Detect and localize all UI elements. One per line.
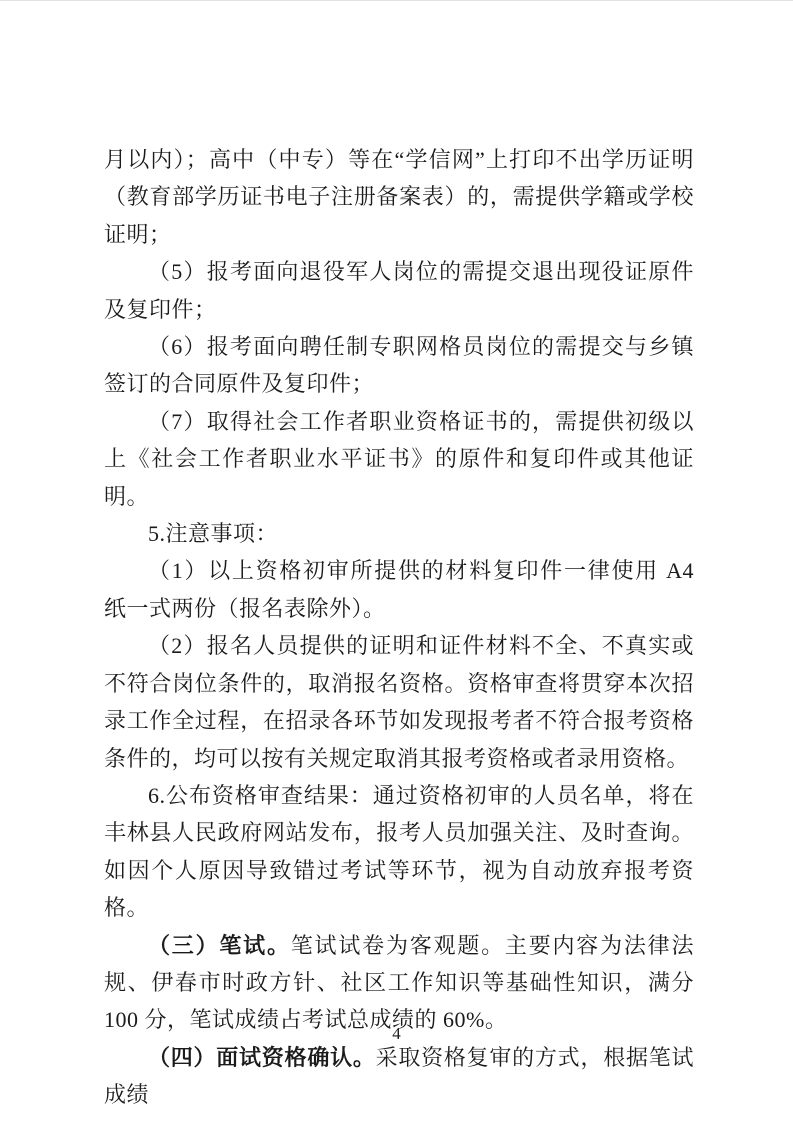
paragraph-text: （5）报考面向退役军人岗位的需提交退出现役证原件及复印件； xyxy=(104,259,694,321)
paragraph-text: 5.注意事项： xyxy=(148,521,278,546)
paragraph-section-heading: 5.注意事项： xyxy=(104,515,694,552)
paragraph: （6）报考面向聘任制专职网格员岗位的需提交与乡镇签订的合同原件及复印件； xyxy=(104,328,694,403)
paragraph: 6.公布资格审查结果：通过资格初审的人员名单，将在丰林县人民政府网站发布，报考人… xyxy=(104,777,694,927)
paragraph-written-test: （三）笔试。笔试试卷为客观题。主要内容为法律法规、伊春市时政方针、社区工作知识等… xyxy=(104,927,694,1039)
paragraph: （7）取得社会工作者职业资格证书的，需提供初级以上《社会工作者职业水平证书》的原… xyxy=(104,403,694,515)
document-body: 月以内）；高中（中专）等在“学信网”上打印不出学历证明（教育部学历证书电子注册备… xyxy=(104,141,694,1114)
paragraph-bold-lead: （四）面试资格确认。 xyxy=(148,1045,376,1070)
paragraph-text: （2）报名人员提供的证明和证件材料不全、不真实或不符合岗位条件的，取消报名资格。… xyxy=(104,633,694,770)
paragraph: （5）报考面向退役军人岗位的需提交退出现役证原件及复印件； xyxy=(104,253,694,328)
document-page: 月以内）；高中（中专）等在“学信网”上打印不出学历证明（教育部学历证书电子注册备… xyxy=(0,0,793,1122)
paragraph-bold-lead: （三）笔试。 xyxy=(148,933,291,958)
paragraph-text: （6）报考面向聘任制专职网格员岗位的需提交与乡镇签订的合同原件及复印件； xyxy=(104,334,694,396)
paragraph-text: （7）取得社会工作者职业资格证书的，需提供初级以上《社会工作者职业水平证书》的原… xyxy=(104,409,694,509)
paragraph: （1）以上资格初审所提供的材料复印件一律使用 A4 纸一式两份（报名表除外）。 xyxy=(104,552,694,627)
paragraph: （2）报名人员提供的证明和证件材料不全、不真实或不符合岗位条件的，取消报名资格。… xyxy=(104,627,694,777)
paragraph-text: 月以内）；高中（中专）等在“学信网”上打印不出学历证明（教育部学历证书电子注册备… xyxy=(104,147,694,247)
paragraph-interview-confirmation: （四）面试资格确认。采取资格复审的方式，根据笔试成绩 xyxy=(104,1039,694,1114)
paragraph-text: 6.公布资格审查结果：通过资格初审的人员名单，将在丰林县人民政府网站发布，报考人… xyxy=(104,783,694,920)
page-number: 4 xyxy=(0,1024,793,1044)
paragraph-text: （1）以上资格初审所提供的材料复印件一律使用 A4 纸一式两份（报名表除外）。 xyxy=(104,558,694,620)
paragraph: 月以内）；高中（中专）等在“学信网”上打印不出学历证明（教育部学历证书电子注册备… xyxy=(104,141,694,253)
